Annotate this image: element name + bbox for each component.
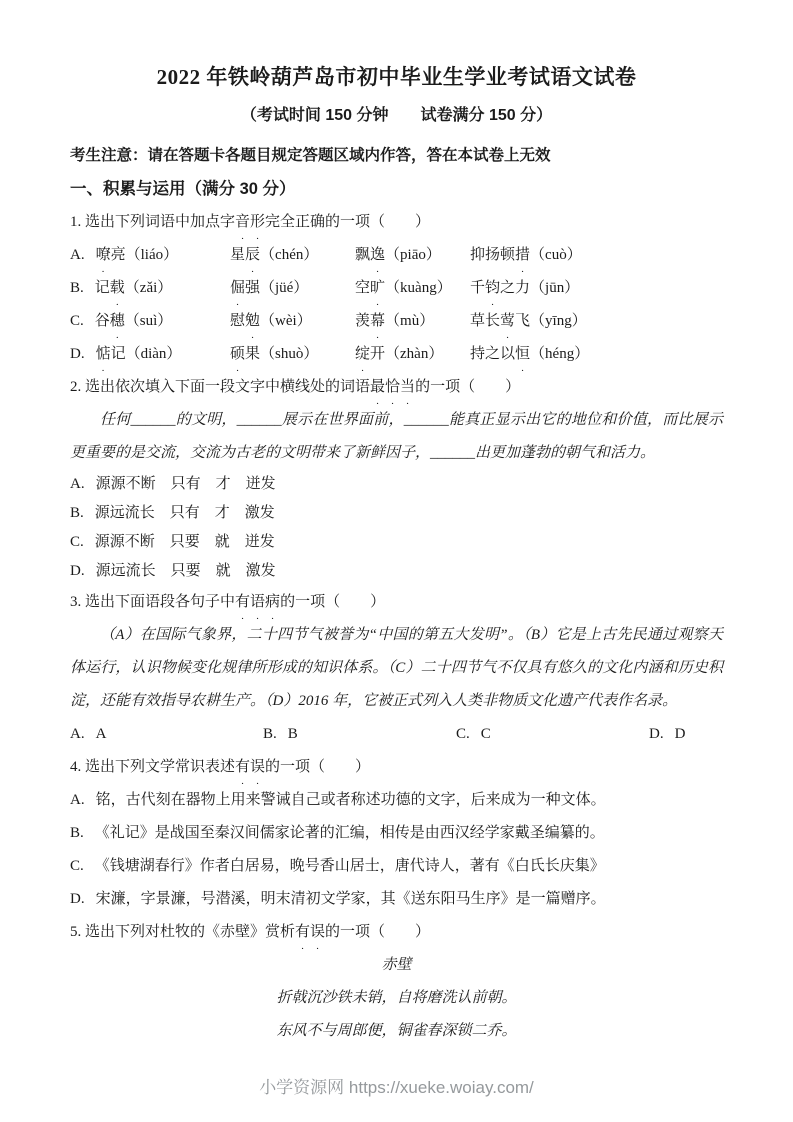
option-label: A. <box>70 247 85 263</box>
q1-option-row-a: A.嘹亮（liáo） 星辰（chén） 飘逸（piāo） 抑扬顿措（cuò） <box>70 239 723 272</box>
q4-option-b: B.《礼记》是战国至秦汉间儒家论著的汇编，相传是由西汉经学家戴圣编纂的。 <box>70 817 723 850</box>
option-label: D. <box>70 891 85 907</box>
candidate-notice: 考生注意：请在答题卡各题目规定答题区域内作答，答在本试卷上无效 <box>70 144 723 167</box>
q3-option-b: B.B <box>263 718 456 751</box>
exam-paper-page: 2022 年铁岭葫芦岛市初中毕业生学业考试语文试卷 （考试时间 150 分钟 试… <box>0 0 793 1122</box>
option-label: A. <box>70 792 85 808</box>
option-text: 源远流长 只有 才 激发 <box>95 505 275 521</box>
q2-passage: 任何______的文明，______展示在世界面前，______能真正显示出它的… <box>70 404 723 470</box>
q1-option-d-cell1: D.惦记（diàn） <box>70 338 230 371</box>
option-text: 源源不断 只要 就 迸发 <box>95 534 275 550</box>
option-label: B. <box>263 726 277 742</box>
q4-option-d: D.宋濂，字景濂，号潜溪，明末清初文学家，其《送东阳马生序》是一篇赠序。 <box>70 883 723 916</box>
q2-option-a: A.源源不断 只有 才 迸发 <box>70 470 723 499</box>
word-item: 星辰（chén） <box>230 239 355 272</box>
q5-stem: 5. 选出下列对杜牧的《赤壁》赏析有误的一项（ ） <box>70 916 723 949</box>
q1-option-row-c: C.谷穗（suì） 慰勉（wèi） 羡幕（mù） 草长莺飞（yīng） <box>70 305 723 338</box>
q1-option-c-cell1: C.谷穗（suì） <box>70 305 230 338</box>
option-text: 源源不断 只有 才 迸发 <box>96 476 276 492</box>
option-label: C. <box>70 534 84 550</box>
q3-option-a: A.A <box>70 718 263 751</box>
option-label: B. <box>70 280 84 296</box>
word-item: 硕果（shuò） <box>230 338 355 371</box>
q1-stem: 1. 选出下列词语中加点字音形完全正确的一项（ ） <box>70 206 723 239</box>
q3-option-c: C.C <box>456 718 649 751</box>
option-text: 《钱塘湖春行》作者白居易，晚号香山居士，唐代诗人，著有《白氏长庆集》 <box>95 858 605 874</box>
q4-option-c: C.《钱塘湖春行》作者白居易，晚号香山居士，唐代诗人，著有《白氏长庆集》 <box>70 850 723 883</box>
word-item: 千钧之力（jūn） <box>470 272 723 305</box>
q3-option-row: A.A B.B C.C D.D <box>70 718 723 751</box>
q4-option-a: A.铭，古代刻在器物上用来警诫自己或者称述功德的文字，后来成为一种文体。 <box>70 784 723 817</box>
q2-stem: 2. 选出依次填入下面一段文字中横线处的词语最恰当的一项（ ） <box>70 371 723 404</box>
word-item: 草长莺飞（yīng） <box>470 305 723 338</box>
q3-stem: 3. 选出下面语段各句子中有语病的一项（ ） <box>70 586 723 619</box>
word-item: 惦记（diàn） <box>96 346 182 362</box>
poem-title: 赤壁 <box>70 949 723 982</box>
q1-option-b-cell1: B.记载（zǎi） <box>70 272 230 305</box>
option-text: B <box>288 726 298 742</box>
word-item: 空旷（kuàng） <box>355 272 470 305</box>
option-text: 源远流长 只要 就 激发 <box>96 563 276 579</box>
option-label: A. <box>70 726 85 742</box>
word-item: 倔强（jüé） <box>230 272 355 305</box>
option-label: D. <box>70 346 85 362</box>
word-item: 抑扬顿措（cuò） <box>470 239 723 272</box>
option-text: 宋濂，字景濂，号潜溪，明末清初文学家，其《送东阳马生序》是一篇赠序。 <box>96 891 606 907</box>
option-label: D. <box>70 563 85 579</box>
option-label: C. <box>456 726 470 742</box>
exam-title: 2022 年铁岭葫芦岛市初中毕业生学业考试语文试卷 <box>70 62 723 92</box>
option-text: 《礼记》是战国至秦汉间儒家论著的汇编，相传是由西汉经学家戴圣编纂的。 <box>95 825 605 841</box>
word-item: 绽开（zhàn） <box>355 338 470 371</box>
option-label: D. <box>649 726 664 742</box>
option-text: 铭，古代刻在器物上用来警诫自己或者称述功德的文字，后来成为一种文体。 <box>96 792 606 808</box>
q1-option-a-cell1: A.嘹亮（liáo） <box>70 239 230 272</box>
option-label: C. <box>70 858 84 874</box>
poem: 赤壁 折戟沉沙铁未销，自将磨洗认前朝。 东风不与周郎便，铜雀春深锁二乔。 <box>70 949 723 1048</box>
word-item: 飘逸（piāo） <box>355 239 470 272</box>
word-item: 羡幕（mù） <box>355 305 470 338</box>
q1-option-row-d: D.惦记（diàn） 硕果（shuò） 绽开（zhàn） 持之以恒（héng） <box>70 338 723 371</box>
q4-stem: 4. 选出下列文学常识表述有误的一项（ ） <box>70 751 723 784</box>
option-label: B. <box>70 825 84 841</box>
q1-option-row-b: B.记载（zǎi） 倔强（jüé） 空旷（kuàng） 千钧之力（jūn） <box>70 272 723 305</box>
option-text: D <box>675 726 686 742</box>
option-text: A <box>96 726 107 742</box>
option-text: C <box>481 726 491 742</box>
option-label: B. <box>70 505 84 521</box>
q2-option-c: C.源源不断 只要 就 迸发 <box>70 528 723 557</box>
option-label: C. <box>70 313 84 329</box>
poem-line: 东风不与周郎便，铜雀春深锁二乔。 <box>70 1015 723 1048</box>
section-heading: 一、积累与运用（满分 30 分） <box>70 177 723 202</box>
q3-option-d: D.D <box>649 718 723 751</box>
word-item: 记载（zǎi） <box>95 280 173 296</box>
exam-subtitle: （考试时间 150 分钟 试卷满分 150 分） <box>70 105 723 127</box>
watermark-footer: 小学资源网 https://xueke.woiay.com/ <box>0 1073 793 1098</box>
q3-passage: （A）在国际气象界，二十四节气被誉为“中国的第五大发明”。（B）它是上古先民通过… <box>70 619 723 718</box>
word-item: 慰勉（wèi） <box>230 305 355 338</box>
option-label: A. <box>70 476 85 492</box>
word-item: 谷穗（suì） <box>95 313 173 329</box>
q2-option-b: B.源远流长 只有 才 激发 <box>70 499 723 528</box>
q2-option-d: D.源远流长 只要 就 激发 <box>70 557 723 586</box>
word-item: 嘹亮（liáo） <box>96 247 179 263</box>
poem-line: 折戟沉沙铁未销，自将磨洗认前朝。 <box>70 982 723 1015</box>
